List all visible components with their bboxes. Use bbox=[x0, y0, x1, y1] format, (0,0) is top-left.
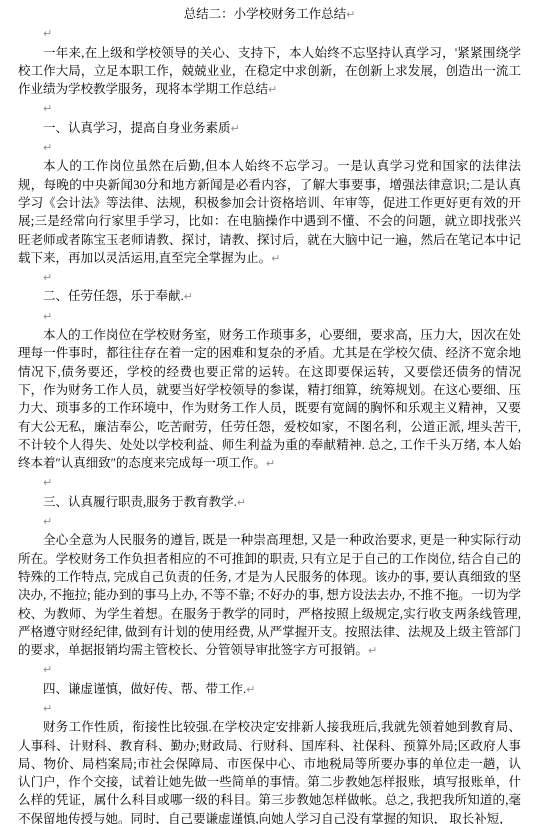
paragraph-mark: ↵ bbox=[184, 290, 193, 303]
paragraph-mark: ↵ bbox=[43, 663, 52, 676]
paragraph-mark: ↵ bbox=[43, 141, 52, 154]
paragraph-mark: ↵ bbox=[368, 644, 377, 657]
paragraph-mark: ↵ bbox=[43, 515, 52, 528]
section-4-body-text: 财务工作性质，衔接性比较强.在学校决定安排新人接我班后,我就先领着她到教育局、人… bbox=[18, 720, 521, 824]
paragraph-mark: ↵ bbox=[268, 83, 277, 96]
section-3-body: 全心全意为人民服务的遵旨, 既是一种崇高理想, 又是一种政治要求, 更是一种实际… bbox=[18, 531, 521, 660]
blank-line: ↵ bbox=[18, 138, 521, 157]
paragraph-mark: ↵ bbox=[246, 683, 255, 696]
section-3-heading: 三、认真履行职责,服务于教育教学.↵ bbox=[18, 493, 521, 512]
section-3-body-text: 全心全意为人民服务的遵旨, 既是一种崇高理想, 又是一种政治要求, 更是一种实际… bbox=[18, 533, 521, 657]
section-1-heading: 一、认真学习，提高自身业务素质↵ bbox=[18, 119, 521, 138]
section-4-heading: 四、谦虚谨慎，做好传、帮、带工作.↵ bbox=[18, 680, 521, 699]
paragraph-mark: ↵ bbox=[231, 122, 240, 135]
blank-line: ↵ bbox=[18, 268, 521, 287]
blank-line: ↵ bbox=[18, 660, 521, 679]
blank-line: ↵ bbox=[18, 307, 521, 326]
paragraph-mark: ↵ bbox=[266, 457, 275, 470]
document-title: 总结二：小学校财务工作总结↵ bbox=[18, 5, 521, 24]
blank-line: ↵ bbox=[18, 24, 521, 43]
section-1-heading-text: 一、认真学习，提高自身业务素质 bbox=[43, 121, 231, 135]
blank-line: ↵ bbox=[18, 99, 521, 118]
section-4-body: 财务工作性质，衔接性比较强.在学校决定安排新人接我班后,我就先领着她到教育局、人… bbox=[18, 718, 521, 824]
section-2-body-text: 本人的工作岗位在学校财务室，财务工作琐事多，心要细，要求高，压力大，因次在处理每… bbox=[18, 328, 521, 470]
section-4-heading-text: 四、谦虚谨慎，做好传、帮、带工作. bbox=[43, 682, 246, 696]
paragraph-mark: ↵ bbox=[271, 252, 280, 265]
intro-paragraph: 一年来,在上级和学校领导的关心、支持下，本人始终不忘坚持认真学习，'紧紧围绕学校… bbox=[18, 44, 521, 100]
paragraph-mark: ↵ bbox=[346, 8, 355, 21]
section-3-heading-text: 三、认真履行职责,服务于教育教学. bbox=[43, 495, 237, 509]
section-2-heading: 二、任劳任怨，乐于奉献.↵ bbox=[18, 287, 521, 306]
paragraph-mark: ↵ bbox=[43, 271, 52, 284]
blank-line: ↵ bbox=[18, 512, 521, 531]
section-1-body-text: 本人的工作岗位虽然在后勤,但本人始终不忘学习。一是认真学习党和国家的法律法规，每… bbox=[18, 159, 521, 264]
document-title-text: 总结二：小学校财务工作总结 bbox=[184, 7, 347, 21]
paragraph-mark: ↵ bbox=[43, 27, 52, 40]
section-1-body: 本人的工作岗位虽然在后勤,但本人始终不忘学习。一是认真学习党和国家的法律法规，每… bbox=[18, 157, 521, 268]
paragraph-mark: ↵ bbox=[43, 310, 52, 323]
section-2-body: 本人的工作岗位在学校财务室，财务工作琐事多，心要细，要求高，压力大，因次在处理每… bbox=[18, 326, 521, 473]
paragraph-mark: ↵ bbox=[43, 476, 52, 489]
document-page: 总结二：小学校财务工作总结↵ ↵ 一年来,在上级和学校领导的关心、支持下，本人始… bbox=[0, 0, 537, 824]
section-2-heading-text: 二、任劳任怨，乐于奉献. bbox=[43, 289, 184, 303]
paragraph-mark: ↵ bbox=[237, 496, 246, 509]
paragraph-mark: ↵ bbox=[43, 102, 52, 115]
blank-line: ↵ bbox=[18, 473, 521, 492]
blank-line: ↵ bbox=[18, 699, 521, 718]
paragraph-mark: ↵ bbox=[43, 702, 52, 715]
